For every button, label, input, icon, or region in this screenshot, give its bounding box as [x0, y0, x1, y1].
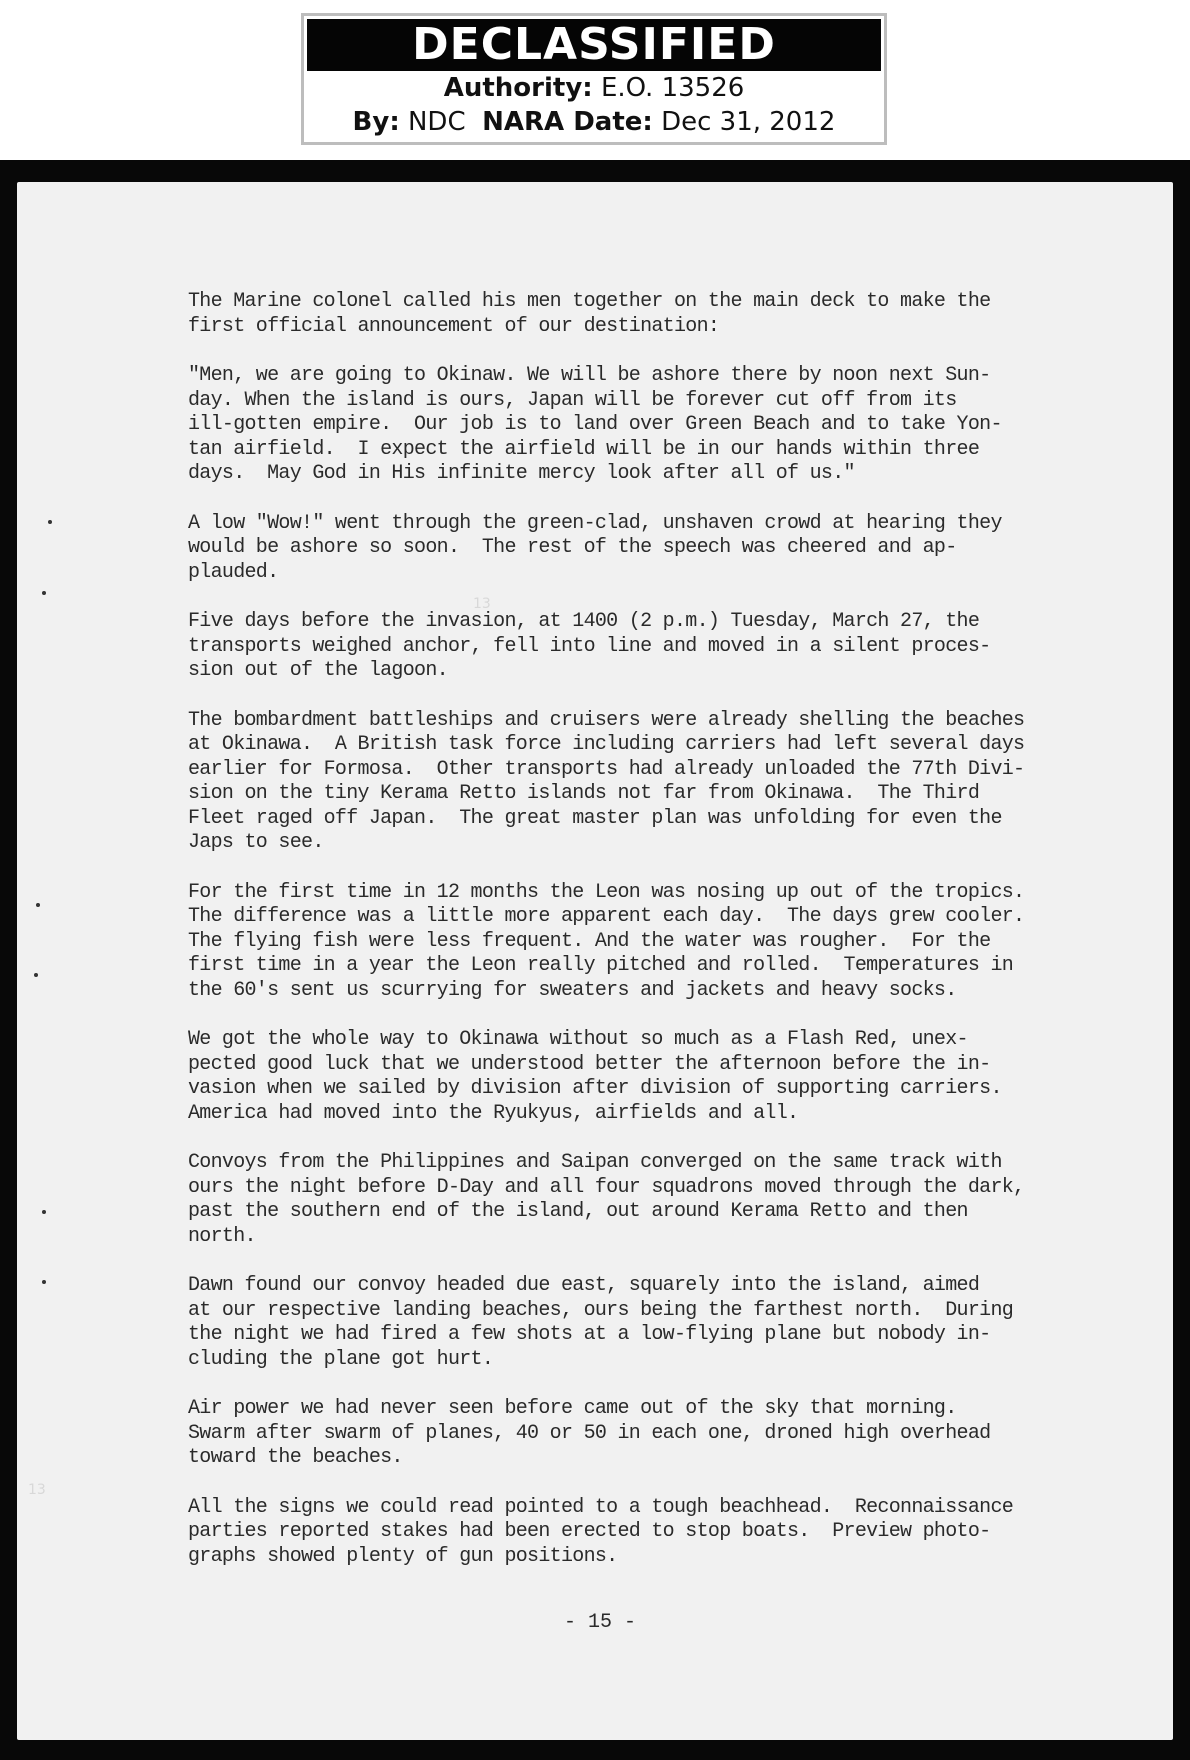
paragraph: For the first time in 12 months the Leon…	[188, 881, 1088, 1004]
authority-label: Authority:	[444, 73, 593, 103]
paragraph: We got the whole way to Okinawa without …	[188, 1028, 1088, 1126]
paragraph: A low "Wow!" went through the green-clad…	[188, 512, 1088, 586]
margin-dot	[42, 1280, 46, 1284]
date-value: Dec 31, 2012	[661, 107, 835, 137]
paragraph: All the signs we could read pointed to a…	[188, 1496, 1088, 1570]
paragraph: The bombardment battleships and cruisers…	[188, 709, 1088, 856]
page-number: - 15 -	[560, 1611, 640, 1634]
paragraph: Five days before the invasion, at 1400 (…	[188, 610, 1088, 684]
margin-dot	[34, 973, 38, 977]
margin-dot	[42, 591, 46, 595]
declassified-stamp: DECLASSIFIED Authority: E.O. 13526 By: N…	[301, 13, 887, 145]
paragraph: Dawn found our convoy headed due east, s…	[188, 1274, 1088, 1372]
paragraph: Air power we had never seen before came …	[188, 1397, 1088, 1471]
stamp-title: DECLASSIFIED	[307, 19, 881, 71]
document-body: The Marine colonel called his men togeth…	[188, 290, 1088, 1594]
authority-value: E.O. 13526	[601, 73, 744, 103]
stamp-by-date: By: NDC NARA Date: Dec 31, 2012	[304, 105, 884, 139]
by-label: By:	[353, 107, 400, 137]
by-value: NDC	[408, 107, 466, 137]
date-label: NARA Date:	[482, 107, 653, 137]
faint-page-mark: 13	[28, 1482, 46, 1498]
paragraph: The Marine colonel called his men togeth…	[188, 290, 1088, 339]
paragraph: Convoys from the Philippines and Saipan …	[188, 1151, 1088, 1249]
paragraph: "Men, we are going to Okinaw. We will be…	[188, 364, 1088, 487]
margin-dot	[36, 903, 40, 907]
stamp-authority: Authority: E.O. 13526	[304, 71, 884, 105]
margin-dot	[42, 1210, 46, 1214]
margin-dot	[48, 520, 52, 524]
